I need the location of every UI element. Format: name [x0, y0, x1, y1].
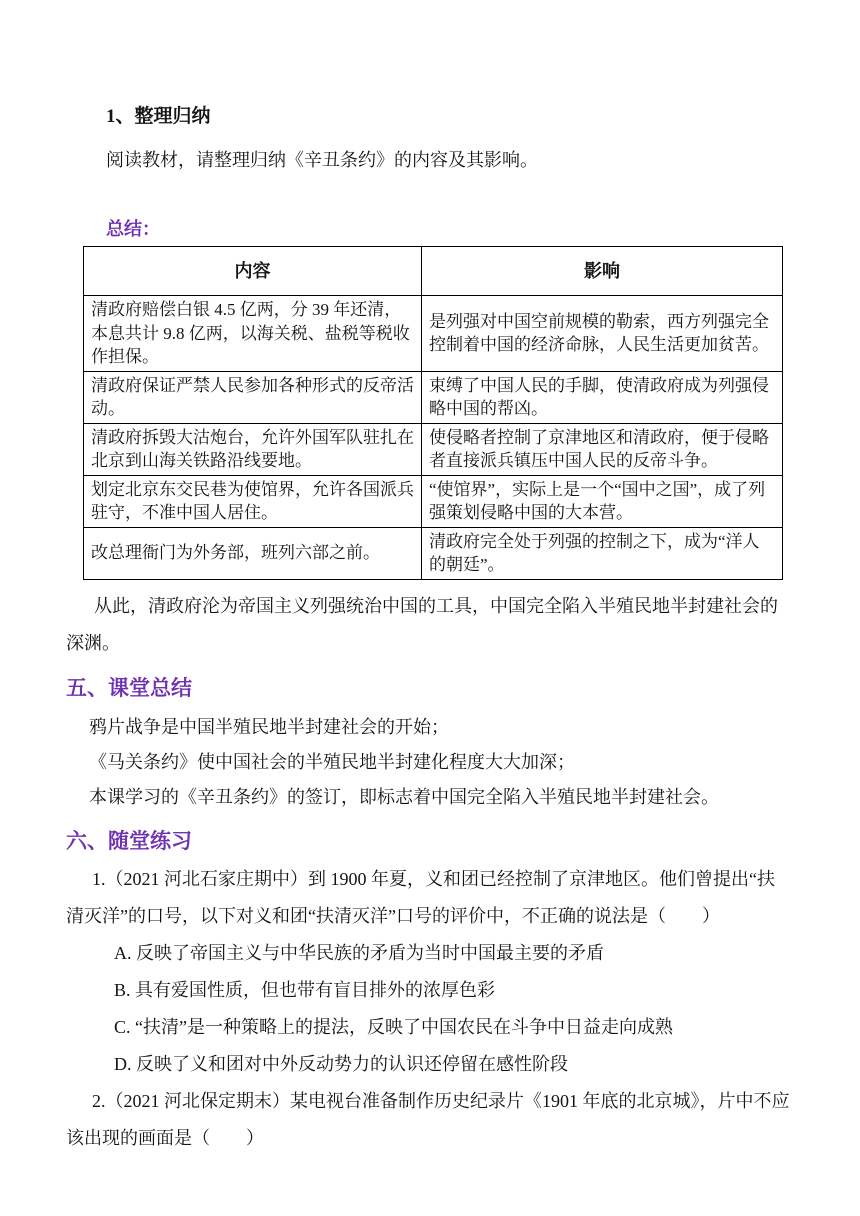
question-1-option-d: D. 反映了义和团对中外反动势力的认识还停留在感性阶段 [114, 1046, 790, 1083]
section-organize-heading: 1、整理归纳 [106, 104, 790, 130]
table-cell-impact: “使馆界”，实际上是一个“国中之国”，成了列强策划侵略中国的大本营。 [422, 475, 783, 527]
table-cell-content: 改总理衙门为外务部，班列六部之前。 [84, 527, 422, 579]
table-cell-content: 清政府赔偿白银 4.5 亿两，分 39 年还清，本息共计 9.8 亿两，以海关税… [84, 296, 422, 372]
table-row: 清政府拆毁大沽炮台，允许外国军队驻扎在北京到山海关铁路沿线要地。 使侵略者控制了… [84, 423, 783, 475]
practice-questions: 1.（2021 河北石家庄期中）到 1900 年夏，义和团已经控制了京津地区。他… [66, 861, 790, 1157]
summary-label: 总结： [106, 216, 790, 242]
table-cell-content: 清政府拆毁大沽炮台，允许外国军队驻扎在北京到山海关铁路沿线要地。 [84, 423, 422, 475]
question-2-stem: 2.（2021 河北保定期末）某电视台准备制作历史纪录片《1901 年底的北京城… [66, 1083, 790, 1157]
table-header-impact: 影响 [422, 247, 783, 296]
treaty-table: 内容 影响 清政府赔偿白银 4.5 亿两，分 39 年还清，本息共计 9.8 亿… [83, 246, 783, 580]
table-row: 划定北京东交民巷为使馆界，允许各国派兵驻守，不准中国人居住。 “使馆界”，实际上… [84, 475, 783, 527]
table-row: 清政府保证严禁人民参加各种形式的反帝活动。 束缚了中国人民的手脚，使清政府成为列… [84, 371, 783, 423]
table-conclusion-paragraph: 从此，清政府沦为帝国主义列强统治中国的工具，中国完全陷入半殖民地半封建社会的深渊… [66, 588, 790, 662]
table-cell-impact: 使侵略者控制了京津地区和清政府，便于侵略者直接派兵镇压中国人民的反帝斗争。 [422, 423, 783, 475]
summary-point: 本课学习的《辛丑条约》的签订，即标志着中国完全陷入半殖民地半封建社会。 [66, 780, 790, 815]
table-row: 改总理衙门为外务部，班列六部之前。 清政府完全处于列强的控制之下，成为“洋人的朝… [84, 527, 783, 579]
table-cell-content: 划定北京东交民巷为使馆界，允许各国派兵驻守，不准中国人居住。 [84, 475, 422, 527]
summary-point: 鸦片战争是中国半殖民地半封建社会的开始； [66, 710, 790, 745]
table-header-row: 内容 影响 [84, 247, 783, 296]
summary-point: 《马关条约》使中国社会的半殖民地半封建化程度大大加深； [66, 745, 790, 780]
table-cell-content: 清政府保证严禁人民参加各种形式的反帝活动。 [84, 371, 422, 423]
section-practice-heading: 六、随堂练习 [66, 827, 790, 855]
table-cell-impact: 清政府完全处于列强的控制之下，成为“洋人的朝廷”。 [422, 527, 783, 579]
summary-points: 鸦片战争是中国半殖民地半封建社会的开始； 《马关条约》使中国社会的半殖民地半封建… [66, 710, 790, 815]
table-cell-impact: 是列强对中国空前规模的勒索，西方列强完全控制着中国的经济命脉，人民生活更加贫苦。 [422, 296, 783, 372]
document-page: 1、整理归纳 阅读教材，请整理归纳《辛丑条约》的内容及其影响。 总结： 内容 影… [0, 0, 860, 1216]
table-header-content: 内容 [84, 247, 422, 296]
question-1-option-a: A. 反映了帝国主义与中华民族的矛盾为当时中国最主要的矛盾 [114, 935, 790, 972]
question-1-option-c: C. “扶清”是一种策略上的提法，反映了中国农民在斗争中日益走向成熟 [114, 1009, 790, 1046]
question-1-option-b: B. 具有爱国性质，但也带有盲目排外的浓厚色彩 [114, 972, 790, 1009]
question-1-stem: 1.（2021 河北石家庄期中）到 1900 年夏，义和团已经控制了京津地区。他… [66, 861, 790, 935]
table-row: 清政府赔偿白银 4.5 亿两，分 39 年还清，本息共计 9.8 亿两，以海关税… [84, 296, 783, 372]
section-summary-heading: 五、课堂总结 [66, 674, 790, 702]
table-cell-impact: 束缚了中国人民的手脚，使清政府成为列强侵略中国的帮凶。 [422, 371, 783, 423]
organize-instruction-text: 阅读教材，请整理归纳《辛丑条约》的内容及其影响。 [106, 146, 790, 174]
